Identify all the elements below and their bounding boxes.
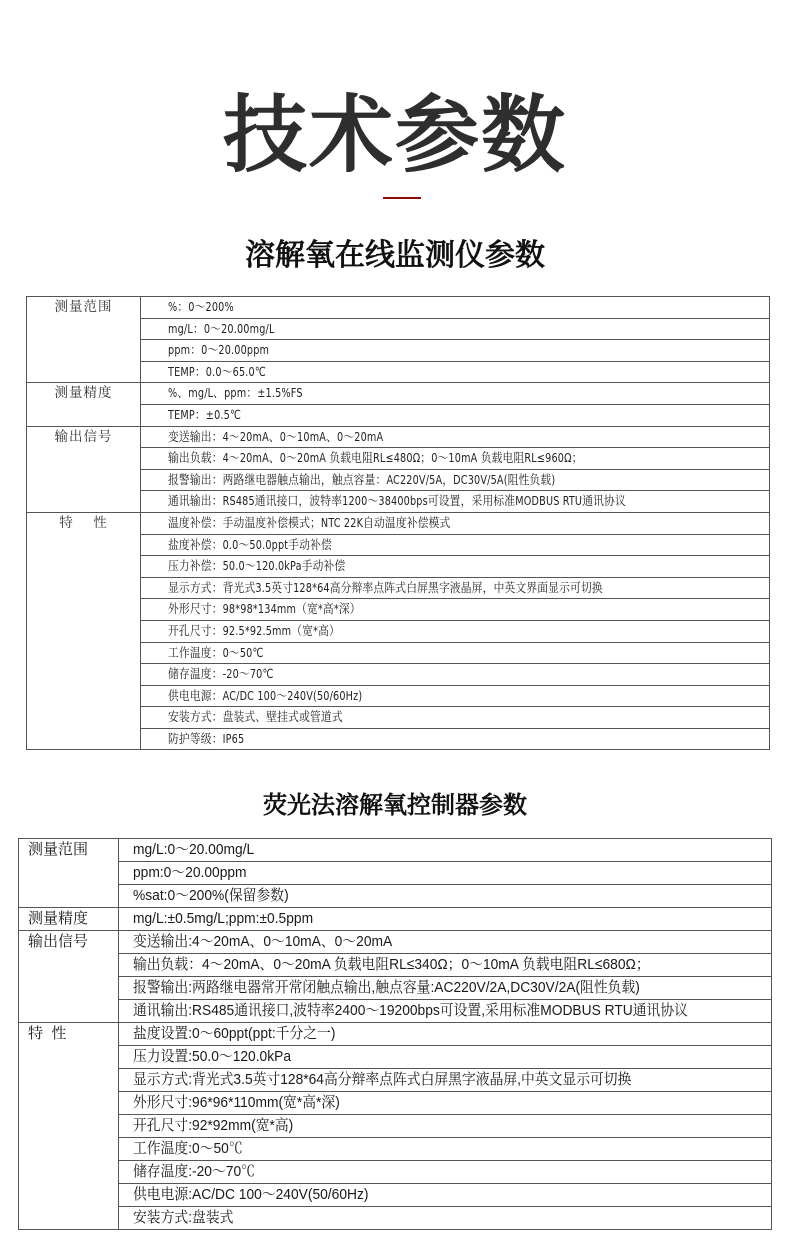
table-row: 测量范围 mg/L:0～20.00mg/L	[19, 839, 772, 862]
spec-value: 供电电源:AC/DC 100～240V(50/60Hz)	[133, 1184, 368, 1206]
spec-value: 储存温度:-20～70℃	[133, 1161, 255, 1183]
table-row: 工作温度:0～50℃	[19, 1138, 772, 1161]
spec-value: 显示方式：背光式3.5英寸128*64高分辩率点阵式白屏黑字液晶屏，中英文界面显…	[168, 578, 603, 598]
table-row: 特 性 温度补偿：手动温度补偿模式；NTC 22K自动温度补偿模式	[27, 512, 770, 534]
table-row: 输出信号 变送输出：4～20mA、0～10mA、0～20mA	[27, 426, 770, 448]
spec-value: TEMP：0.0～65.0℃	[168, 362, 266, 382]
spec-value: 输出负载：4～20mA、0～20mA 负载电阻RL≤340Ω；0～10mA 负载…	[133, 954, 650, 976]
table-row: 输出负载：4～20mA、0～20mA 负载电阻RL≤340Ω；0～10mA 负载…	[19, 954, 772, 977]
title-accent-divider	[383, 197, 421, 199]
table-row: 测量范围 %：0～200%	[27, 297, 770, 319]
spec-value: 盐度设置:0～60ppt(ppt:千分之一)	[133, 1023, 335, 1045]
table-row: 供电电源:AC/DC 100～240V(50/60Hz)	[19, 1184, 772, 1207]
table-row: 报警输出:两路继电器常开常闭触点输出,触点容量:AC220V/2A,DC30V/…	[19, 977, 772, 1000]
table-row: 通讯输出:RS485通讯接口,波特率2400～19200bps可设置,采用标准M…	[19, 1000, 772, 1023]
row-label-output-signal: 输出信号	[19, 931, 119, 1023]
spec-value: 盐度补偿：0.0～50.0ppt手动补偿	[168, 535, 332, 555]
section-title-do-monitor: 溶解氧在线监测仪参数	[0, 236, 790, 276]
spec-value: 变送输出：4～20mA、0～10mA、0～20mA	[168, 427, 383, 447]
spec-value: 外形尺寸:96*96*110mm(宽*高*深)	[133, 1092, 340, 1114]
table-row: 输出信号 变送输出:4～20mA、0～10mA、0～20mA	[19, 931, 772, 954]
spec-value: ppm:0～20.00ppm	[133, 862, 247, 884]
spec-value: 通讯输出：RS485通讯接口，波特率1200～38400bps可设置，采用标准M…	[168, 491, 626, 511]
spec-table-do-monitor: 测量范围 %：0～200% mg/L：0～20.00mg/L ppm：0～20.…	[26, 296, 770, 750]
row-label-measurement-range: 测量范围	[27, 297, 141, 383]
spec-value: %、mg/L、ppm：±1.5%FS	[168, 383, 303, 403]
table-row: 显示方式:背光式3.5英寸128*64高分辩率点阵式白屏黑字液晶屏,中英文显示可…	[19, 1069, 772, 1092]
table-row: ppm:0～20.00ppm	[19, 862, 772, 885]
spec-value: 防护等级：IP65	[168, 729, 244, 749]
spec-value: 储存温度：-20～70℃	[168, 664, 274, 684]
spec-value: 显示方式:背光式3.5英寸128*64高分辩率点阵式白屏黑字液晶屏,中英文显示可…	[133, 1069, 631, 1091]
spec-table-fluorescent-do-controller: 测量范围 mg/L:0～20.00mg/L ppm:0～20.00ppm %sa…	[18, 838, 772, 1230]
spec-value: 压力补偿：50.0～120.0kPa手动补偿	[168, 556, 345, 576]
spec-value: 压力设置:50.0～120.0kPa	[133, 1046, 291, 1068]
table-row: 开孔尺寸:92*92mm(宽*高)	[19, 1115, 772, 1138]
row-label-features: 特 性	[27, 512, 141, 750]
table-row: 安装方式:盘装式	[19, 1207, 772, 1230]
table-row: 特 性 盐度设置:0～60ppt(ppt:千分之一)	[19, 1023, 772, 1046]
spec-value: 通讯输出:RS485通讯接口,波特率2400～19200bps可设置,采用标准M…	[133, 1000, 688, 1022]
row-label-measurement-range: 测量范围	[19, 839, 119, 908]
spec-value: %sat:0～200%(保留参数)	[133, 885, 289, 907]
row-label-features: 特 性	[19, 1023, 119, 1230]
spec-value: mg/L:±0.5mg/L;ppm:±0.5ppm	[133, 908, 313, 930]
table-row: 压力设置:50.0～120.0kPa	[19, 1046, 772, 1069]
page-title: 技术参数	[0, 80, 790, 190]
spec-value: 输出负载：4～20mA、0～20mA 负载电阻RL≤480Ω；0～10mA 负载…	[168, 448, 583, 468]
spec-value: 外形尺寸：98*98*134mm（宽*高*深）	[168, 599, 361, 619]
table-row: %sat:0～200%(保留参数)	[19, 885, 772, 908]
table-row: 测量精度 %、mg/L、ppm：±1.5%FS	[27, 383, 770, 405]
spec-value: 开孔尺寸:92*92mm(宽*高)	[133, 1115, 293, 1137]
spec-value: 安装方式：盘装式、壁挂式或管道式	[168, 707, 343, 727]
spec-value: mg/L：0～20.00mg/L	[168, 319, 275, 339]
spec-value: mg/L:0～20.00mg/L	[133, 839, 254, 861]
row-label-accuracy: 测量精度	[19, 908, 119, 931]
spec-value: 供电电源：AC/DC 100～240V(50/60Hz)	[168, 686, 362, 706]
spec-value: 变送输出:4～20mA、0～10mA、0～20mA	[133, 931, 392, 953]
spec-value: TEMP：±0.5℃	[168, 405, 241, 425]
table-row: 储存温度:-20～70℃	[19, 1161, 772, 1184]
spec-value: 报警输出：两路继电器触点输出，触点容量：AC220V/5A，DC30V/5A(阻…	[168, 470, 555, 490]
spec-value: 工作温度：0～50℃	[168, 643, 264, 663]
spec-value: 安装方式:盘装式	[133, 1207, 233, 1229]
section-title-fluorescent-do-controller: 荧光法溶解氧控制器参数	[0, 788, 790, 822]
row-label-output-signal: 输出信号	[27, 426, 141, 512]
spec-value: 报警输出:两路继电器常开常闭触点输出,触点容量:AC220V/2A,DC30V/…	[133, 977, 640, 999]
row-label-accuracy: 测量精度	[27, 383, 141, 426]
table-row: 外形尺寸:96*96*110mm(宽*高*深)	[19, 1092, 772, 1115]
spec-value: %：0～200%	[168, 297, 234, 317]
spec-value: ppm：0～20.00ppm	[168, 340, 269, 360]
spec-value: 温度补偿：手动温度补偿模式；NTC 22K自动温度补偿模式	[168, 513, 450, 533]
spec-value: 工作温度:0～50℃	[133, 1138, 243, 1160]
spec-value: 开孔尺寸：92.5*92.5mm（宽*高）	[168, 621, 340, 641]
table-row: 测量精度 mg/L:±0.5mg/L;ppm:±0.5ppm	[19, 908, 772, 931]
